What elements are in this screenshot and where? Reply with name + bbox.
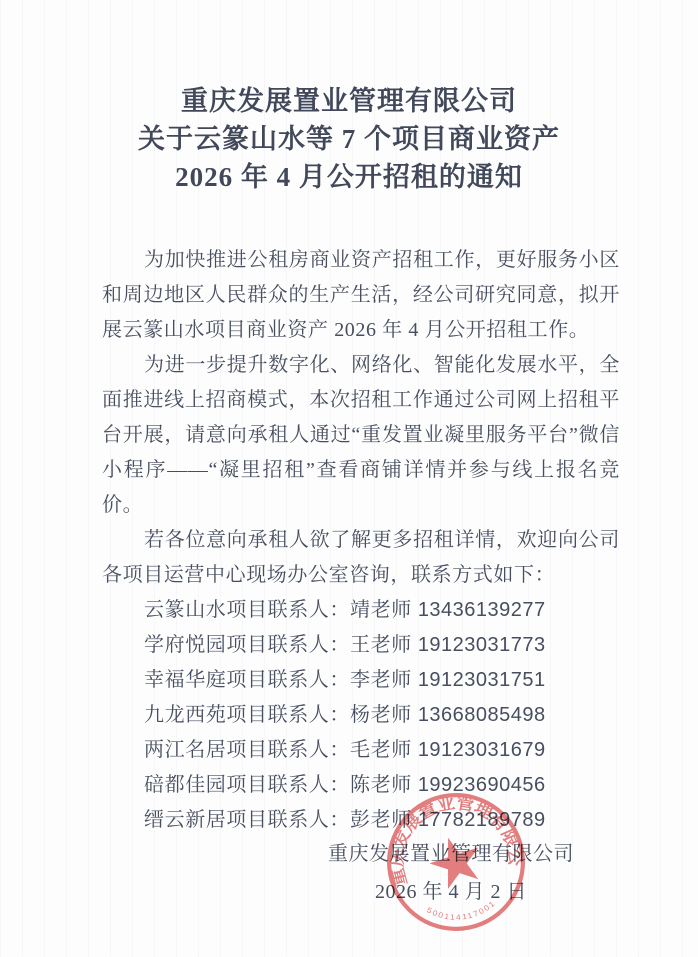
contact-project: 学府悦园项目联系人：	[144, 634, 350, 656]
document-title: 重庆发展置业管理有限公司 关于云篆山水等 7 个项目商业资产 2026 年 4 …	[0, 82, 698, 196]
document-body: 为加快推进公租房商业资产招租工作，更好服务小区和周边地区人民群众的生产生活，经公…	[102, 243, 620, 838]
title-line-company: 重庆发展置业管理有限公司	[0, 82, 698, 120]
contact-person: 靖老师	[350, 599, 412, 621]
contact-row: 学府悦园项目联系人：王老师19123031773	[102, 628, 620, 663]
company-seal-stamp: 重庆发展置业管理有限公司 ★ 5001141170018	[372, 778, 539, 945]
contact-person: 王老师	[350, 634, 412, 656]
title-line-notice: 2026 年 4 月公开招租的通知	[0, 158, 698, 196]
contact-project: 两江名居项目联系人：	[144, 739, 350, 761]
contact-row: 云篆山水项目联系人：靖老师13436139277	[102, 593, 620, 628]
contact-phone: 19123031751	[418, 669, 546, 691]
contact-person: 李老师	[350, 669, 412, 691]
contact-project: 缙云新居项目联系人：	[144, 809, 350, 831]
contact-person: 杨老师	[350, 704, 412, 726]
contact-project: 碚都佳园项目联系人：	[144, 774, 350, 796]
contact-list: 云篆山水项目联系人：靖老师13436139277 学府悦园项目联系人：王老师19…	[102, 593, 620, 838]
contact-phone: 13436139277	[418, 599, 546, 621]
contact-row: 九龙西苑项目联系人：杨老师13668085498	[102, 698, 620, 733]
contact-phone: 19123031773	[418, 634, 546, 656]
paragraph-intro: 为加快推进公租房商业资产招租工作，更好服务小区和周边地区人民群众的生产生活，经公…	[102, 243, 620, 348]
contact-phone: 13668085498	[418, 704, 546, 726]
paragraph-online-platform: 为进一步提升数字化、网络化、智能化发展水平，全面推进线上招商模式，本次招租工作通…	[102, 348, 620, 523]
title-line-subject: 关于云篆山水等 7 个项目商业资产	[0, 120, 698, 158]
contact-person: 毛老师	[350, 739, 412, 761]
scanned-document-page: 重庆发展置业管理有限公司 关于云篆山水等 7 个项目商业资产 2026 年 4 …	[0, 0, 698, 957]
contact-row: 缙云新居项目联系人：彭老师17782189789	[102, 803, 620, 838]
contact-row: 两江名居项目联系人：毛老师19123031679	[102, 733, 620, 768]
contact-row: 碚都佳园项目联系人：陈老师19923690456	[102, 768, 620, 803]
seal-star-icon: ★	[415, 815, 496, 908]
contact-project: 九龙西苑项目联系人：	[144, 704, 350, 726]
paragraph-contact-intro: 若各位意向承租人欲了解更多招租详情，欢迎向公司各项目运营中心现场办公室咨询，联系…	[102, 523, 620, 593]
contact-project: 云篆山水项目联系人：	[144, 599, 350, 621]
contact-project: 幸福华庭项目联系人：	[144, 669, 350, 691]
contact-row: 幸福华庭项目联系人：李老师19123031751	[102, 663, 620, 698]
contact-phone: 19123031679	[418, 739, 546, 761]
